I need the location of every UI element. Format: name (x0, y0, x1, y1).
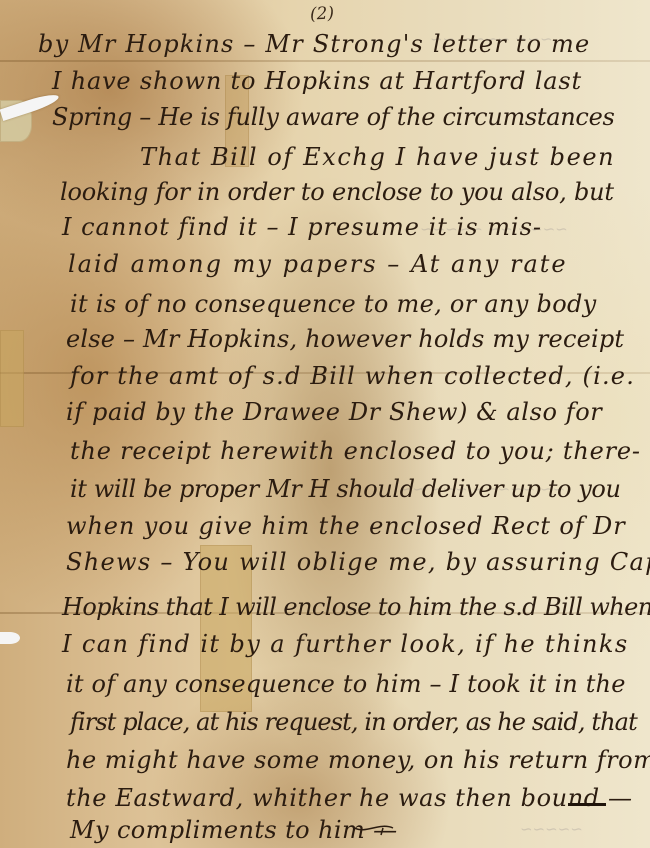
fold-line (0, 60, 650, 62)
text-line: laid among my papers – At any rate (68, 250, 568, 278)
text-line: for the amt of s.d Bill when collected, … (70, 362, 635, 390)
letter-page: ~~~ ~~~~ ~~ ~~~~ ~~ ~~~~~ ~~ ~~~~~ ~~~ ~… (0, 0, 650, 848)
text-line: I cannot find it – I presume it is mis- (62, 213, 542, 241)
text-line: I have shown to Hopkins at Hartford last (52, 67, 582, 95)
text-line: looking for in order to enclose to you a… (60, 178, 614, 206)
closing-dash (568, 803, 606, 806)
text-line: it is of no consequence to me, or any bo… (70, 290, 596, 318)
tape-remnant (0, 330, 24, 427)
text-line: by Mr Hopkins – Mr Strong's letter to me (38, 30, 590, 58)
paper-tear (0, 632, 20, 644)
text-line: I can find it by a further look, if he t… (62, 630, 629, 658)
text-line: it of any consequence to him – I took it… (66, 670, 626, 698)
text-line: the Eastward, whither he was then bound … (66, 784, 633, 812)
text-line: it will be proper Mr H should deliver up… (70, 475, 621, 503)
page-number: (2) (309, 3, 334, 24)
text-line: Shews – You will oblige me, by assuring … (66, 548, 650, 576)
text-line: if paid by the Drawee Dr Shew) & also fo… (66, 398, 602, 426)
bleed-through-text: ~~~~~ (520, 820, 583, 838)
text-line: when you give him the enclosed Rect of D… (66, 512, 626, 540)
text-line: Spring – He is fully aware of the circum… (52, 103, 615, 131)
text-line: That Bill of Exchg I have just been (140, 143, 615, 171)
text-line: Hopkins that I will enclose to him the s… (62, 593, 650, 621)
text-line: the receipt herewith enclosed to you; th… (70, 437, 641, 465)
text-line: else – Mr Hopkins, however holds my rece… (66, 325, 624, 353)
text-line: he might have some money, on his return … (66, 746, 650, 774)
flourish-mark (355, 822, 395, 836)
text-line: My compliments to him — (70, 816, 398, 844)
text-line: first place, at his request, in order, a… (70, 708, 637, 736)
